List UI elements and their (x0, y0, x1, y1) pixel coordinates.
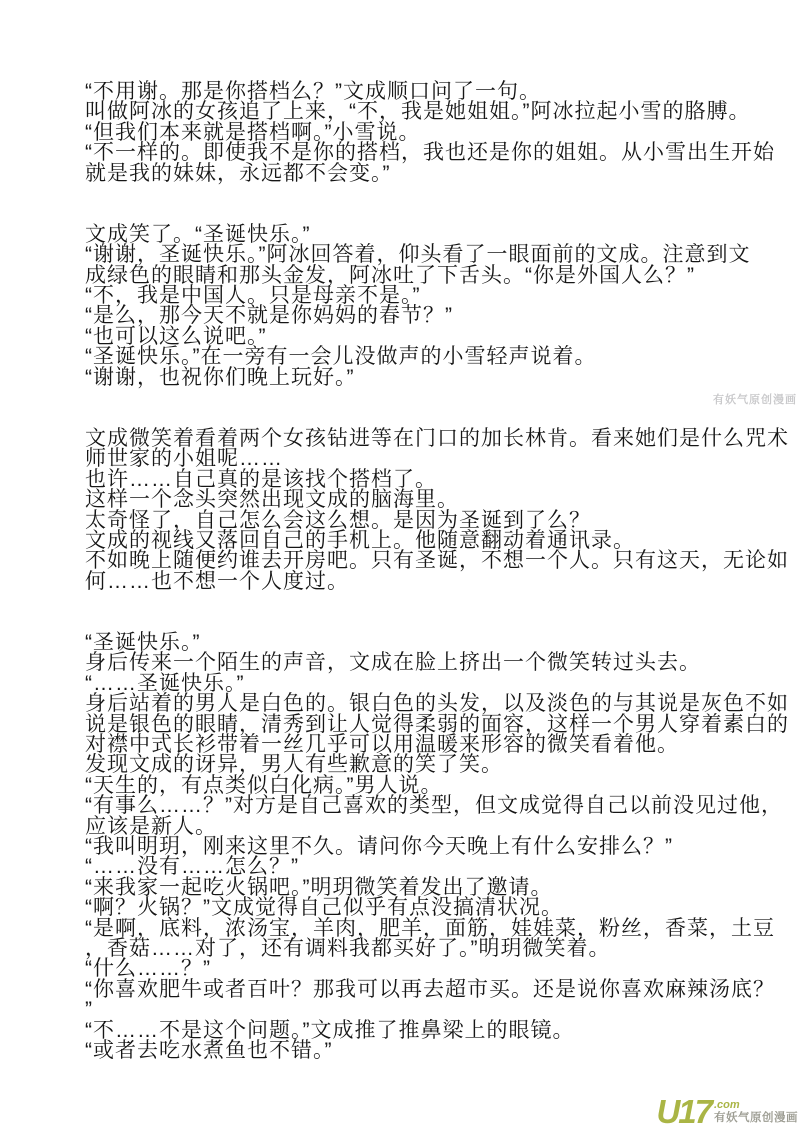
u17-logo-right-column: .com 有妖气原创漫画 (714, 1100, 798, 1125)
u17-logo-tagline: 有妖气原创漫画 (714, 1112, 798, 1125)
u17-inline-watermark: 有妖气原创漫画 (713, 391, 797, 407)
u17-logo-brand: U17 (656, 1099, 711, 1125)
story-paragraph: 文成笑了。“圣诞快乐。” “谢谢，圣诞快乐。”阿冰回答着，仰头看了一眼面前的文成… (85, 225, 799, 388)
u17-logo: U17 .com 有妖气原创漫画 (656, 1099, 798, 1125)
u17-logo-domain: .com (714, 1100, 740, 1111)
novel-page: “不用谢。那是你搭档么？”文成顺口问了一句。 叫做阿冰的女孩追了上来，“不，我是… (0, 0, 800, 1131)
story-paragraph: “圣诞快乐。” 身后传来一个陌生的声音，文成在脸上挤出一个微笑转过头去。 “……… (85, 633, 799, 1062)
story-paragraph: 文成微笑着看着两个女孩钻进等在门口的加长林肯。看来她们是什么咒术 师世家的小姐呢… (85, 429, 799, 592)
story-paragraph: “不用谢。那是你搭档么？”文成顺口问了一句。 叫做阿冰的女孩追了上来，“不，我是… (85, 82, 799, 184)
story-text: “不用谢。那是你搭档么？”文成顺口问了一句。 叫做阿冰的女孩追了上来，“不，我是… (85, 82, 799, 1061)
